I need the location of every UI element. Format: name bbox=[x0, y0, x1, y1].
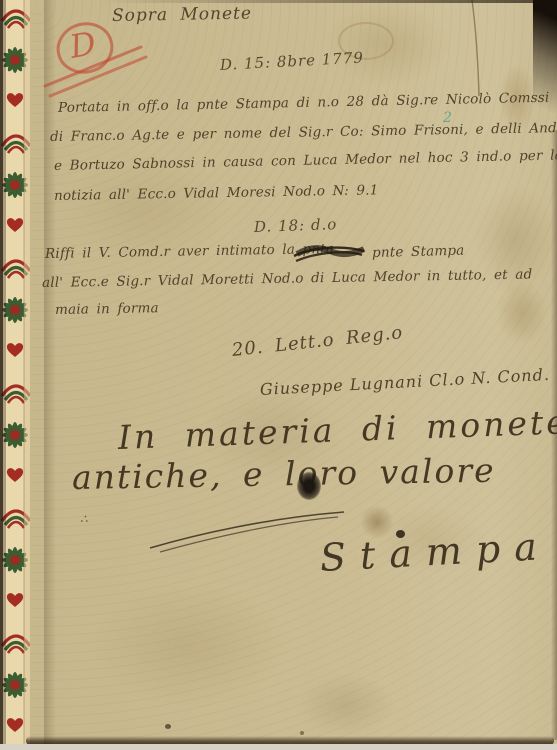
reference-mark: ∴ bbox=[80, 512, 88, 526]
page-edge-right bbox=[551, 130, 557, 740]
binding-strip bbox=[0, 0, 32, 750]
scanner-background bbox=[0, 744, 557, 750]
binding-fold-shadow bbox=[44, 0, 56, 750]
entry2-closing: maia in forma bbox=[55, 300, 159, 318]
marginal-numeral: 2 bbox=[443, 110, 452, 126]
header-title: Sopra Monete bbox=[112, 4, 252, 26]
page-corner-shadow bbox=[533, 0, 557, 150]
pen-flourish bbox=[148, 508, 348, 554]
ink-blot bbox=[297, 472, 321, 500]
strikeout-scribble bbox=[292, 242, 368, 266]
main-title-line-2: antiche, e loro valore bbox=[72, 451, 496, 497]
entry-date-2: D. 18: d.o bbox=[254, 215, 338, 236]
page-edge-top bbox=[100, 0, 557, 3]
crease-line bbox=[466, 0, 486, 100]
manuscript-cover: D Sopra Monete D. 15: 8bre 1779 Portata … bbox=[0, 0, 557, 750]
entry2-line-1b: pnte Stampa bbox=[372, 243, 465, 261]
